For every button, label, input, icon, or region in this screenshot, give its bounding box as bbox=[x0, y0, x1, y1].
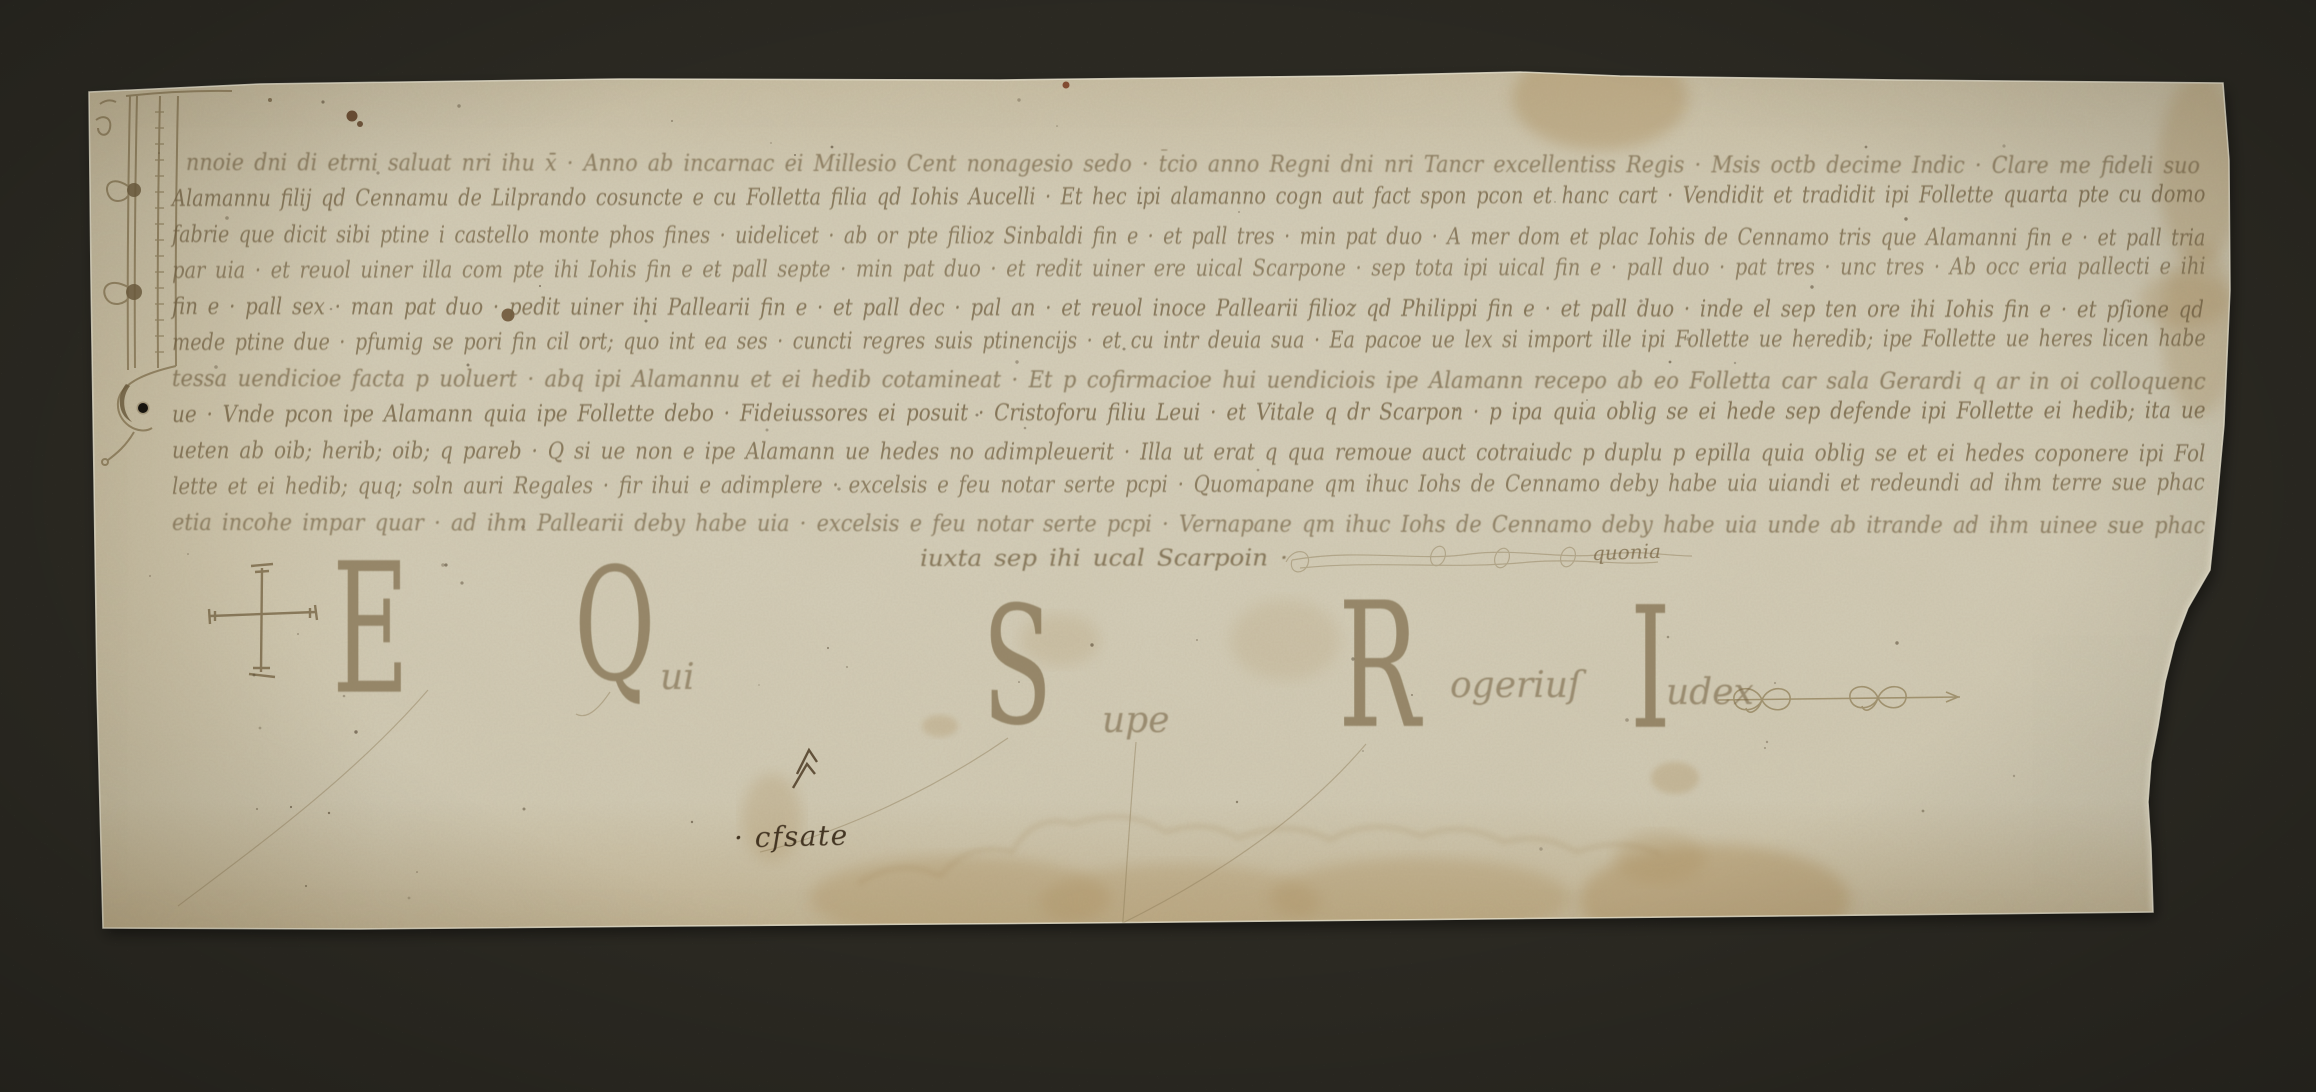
signature-initial: E bbox=[332, 540, 409, 720]
manuscript-line: iuxta sep ihi ucal Scarpoin · bbox=[920, 545, 1288, 572]
signature-segment: Rogeriuſ bbox=[1338, 580, 1466, 750]
manuscript-line: lette et ei hedib; quq; soln auri Regale… bbox=[172, 470, 2205, 500]
manuscript-photo: nnoie dni di etrni saluat nri ihu x̄ · A… bbox=[0, 0, 2316, 1092]
flourish-tail-word: quonia bbox=[1592, 539, 1662, 565]
parchment-hole bbox=[137, 402, 150, 415]
manuscript-line: par uia · et reuol uiner illa com pte ih… bbox=[172, 254, 2206, 284]
manuscript-line: ue · Vnde pcon ipe Alamann quia ipe Foll… bbox=[172, 398, 2206, 428]
manuscript-line: fin e · pall sex · man pat duo · pedit u… bbox=[172, 294, 2204, 323]
manuscript-line: fabrie que dicit sibi ptine i castello m… bbox=[172, 222, 2205, 251]
manuscript-line: ueten ab oib; herib; oib; q pareb · Q si… bbox=[172, 438, 2205, 467]
signature-segment: E bbox=[332, 540, 456, 710]
signature-initial: S bbox=[982, 585, 1052, 748]
manuscript-line: mede ptine due · pfumig se pori fin cil … bbox=[172, 326, 2206, 356]
signature-initial: I bbox=[1630, 585, 1670, 753]
signature-small-letters: upe bbox=[1102, 703, 1170, 739]
signature-initial: Q bbox=[574, 548, 655, 704]
manuscript-line: tessa uendicioe facta p uoluert · abq ip… bbox=[172, 366, 2206, 395]
signature-segment: Iudex bbox=[1630, 585, 1695, 750]
signature-small-letters: udex bbox=[1666, 675, 1754, 711]
signature-small-letters: ui bbox=[660, 660, 695, 696]
signature-small-letters: ogeriuſ bbox=[1450, 668, 1581, 704]
manuscript-line: etia incohe impar quar · ad ihm Palleari… bbox=[172, 510, 2205, 539]
signature-initial: R bbox=[1338, 580, 1420, 753]
signature-segment: Qui bbox=[574, 548, 697, 698]
signature-segment: Supe bbox=[982, 585, 1092, 745]
manuscript-line: nnoie dni di etrni saluat nri ihu x̄ · A… bbox=[186, 150, 2200, 179]
manuscript-line: Alamannu filij qd Cennamu de Lilprando c… bbox=[172, 182, 2205, 212]
archival-note: · cfsate bbox=[734, 819, 850, 855]
